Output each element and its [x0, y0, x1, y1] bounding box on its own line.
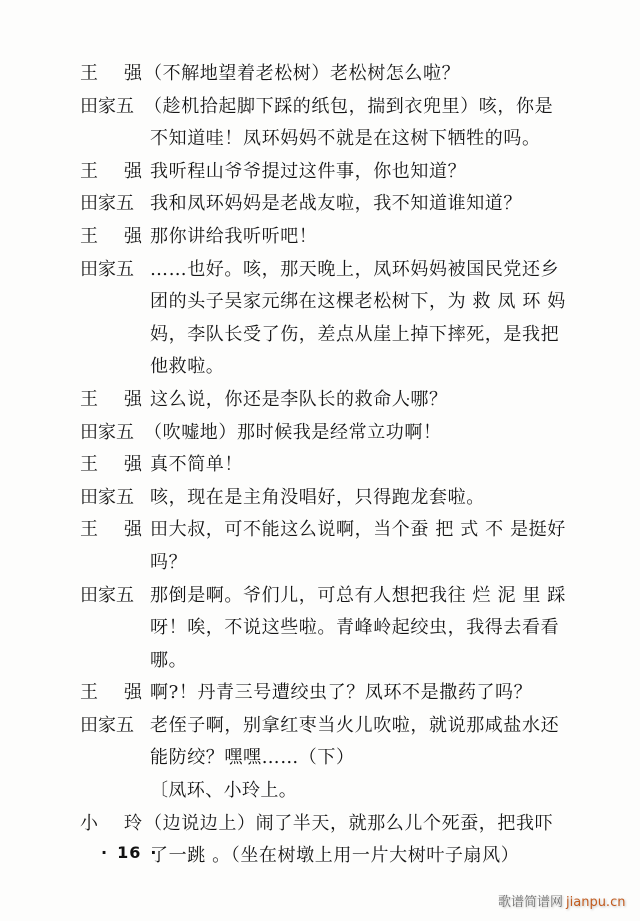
- page-number-value: 16: [117, 843, 141, 862]
- dialogue-text: （趁机拾起脚下踩的纸包，揣到衣兜里）咳，你是: [144, 91, 553, 124]
- speaker-char: 王: [80, 514, 98, 547]
- script-line: 能防绞？嘿嘿……（下）: [80, 742, 600, 775]
- speaker-char: 强: [124, 384, 142, 417]
- dialogue-text: （不解地望着老松树）老松树怎么啦？: [144, 58, 460, 91]
- speaker-char: 强: [124, 58, 142, 91]
- speaker-name: 田家五: [80, 254, 144, 287]
- dialogue-text: 咳，现在是主角没唱好，只得跑龙套啦。: [150, 482, 485, 515]
- dialogue-text: 那倒是啊。爷们儿，可总有人想把我往 烂 泥 里 踩: [150, 580, 566, 613]
- dialogue-text: 我听程山爷爷提过这件事，你也知道？: [150, 156, 466, 189]
- speaker-name: 田家五: [80, 580, 144, 613]
- script-line: 田家五那倒是啊。爷们儿，可总有人想把我往 烂 泥 里 踩: [80, 580, 600, 613]
- speaker-char: 小: [80, 808, 98, 841]
- dialogue-text: 能防绞？嘿嘿……（下）: [150, 742, 355, 775]
- script-line: 王强啊?！丹青三号遭绞虫了？凤环不是撒药了吗？: [80, 677, 600, 710]
- dialogue-text: 我和凤环妈妈是老战友啦，我不知道谁知道？: [150, 188, 522, 221]
- dialogue-text: 真不简单！: [150, 449, 243, 482]
- page-number: ·16·: [92, 843, 166, 862]
- script-line: 哪。: [80, 645, 600, 678]
- script-line: 田家五老侄子啊，别拿红枣当火儿吹啦，就说那咸盐水还: [80, 710, 600, 743]
- speaker-char: 王: [80, 221, 98, 254]
- scan-artifact-dot: [407, 398, 409, 400]
- script-line: 田家五（吹嘘地）那时候我是经常立功啊！: [80, 417, 600, 450]
- dialogue-text: 哪。: [150, 645, 187, 678]
- dialogue-text: 妈，李队长受了伤，差点从崖上掉下摔死，是我把: [150, 319, 559, 352]
- script-line: 不知道哇！凤环妈妈不就是在这树下牺牲的吗。: [80, 123, 600, 156]
- speaker-name: 田家五: [80, 91, 144, 124]
- script-line: 吗？: [80, 547, 600, 580]
- stage-direction: 〔凤环、小玲上。: [150, 775, 297, 808]
- speaker-char: 强: [124, 677, 142, 710]
- dialogue-text: 吗？: [150, 547, 187, 580]
- script-line: 王强真不简单！: [80, 449, 600, 482]
- script-line: 小玲（边说边上）闹了半天，就那么儿个死蚕，把我吓: [80, 808, 600, 841]
- dialogue-text: 啊?！丹青三号遭绞虫了？凤环不是撒药了吗？: [150, 677, 532, 710]
- speaker-char: 强: [124, 449, 142, 482]
- speaker-char: 王: [80, 156, 98, 189]
- speaker-char: 玲: [124, 808, 142, 841]
- speaker-name: 田家五: [80, 482, 144, 515]
- page-number-right-dot: ·: [150, 843, 157, 862]
- speaker-name: 田家五: [80, 188, 144, 221]
- script-line: 他救啦。: [80, 351, 600, 384]
- dialogue-text: 田大叔，可不能这么说啊，当个蚕 把 式 不 是挺好: [150, 514, 566, 547]
- script-line: 妈，李队长受了伤，差点从崖上掉下摔死，是我把: [80, 319, 600, 352]
- dialogue-text: （边说边上）闹了半天，就那么儿个死蚕，把我吓: [144, 808, 553, 841]
- watermark-domain: jianpu.cn: [566, 895, 625, 910]
- speaker-char: 王: [80, 58, 98, 91]
- script-line: 田家五……也好。咳，那天晚上，凤环妈妈被国民党还乡: [80, 254, 600, 287]
- dialogue-text: （吹嘘地）那时候我是经常立功啊！: [144, 417, 442, 450]
- speaker-name: 田家五: [80, 710, 144, 743]
- script-page: 王强（不解地望着老松树）老松树怎么啦？田家五（趁机拾起脚下踩的纸包，揣到衣兜里）…: [0, 0, 640, 921]
- script-line: 王强我听程山爷爷提过这件事，你也知道？: [80, 156, 600, 189]
- dialogue-text: 团的头子吴家元绑在这棵老松树下，为 救 凤 环 妈: [150, 286, 566, 319]
- speaker-char: 王: [80, 449, 98, 482]
- script-line: 团的头子吴家元绑在这棵老松树下，为 救 凤 环 妈: [80, 286, 600, 319]
- dialogue-text: 了一跳 。（坐在树墩上用一片大树叶子扇风）: [150, 840, 519, 873]
- watermark-site-name: 歌谱简谱网: [498, 895, 563, 910]
- watermark: 歌谱简谱网jianpu.cn: [498, 891, 625, 910]
- dialogue-text: 不知道哇！凤环妈妈不就是在这树下牺牲的吗。: [150, 123, 541, 156]
- script-line: 〔凤环、小玲上。: [80, 775, 600, 808]
- dialogue-text: 呀！唉，不说这些啦。青峰岭起绞虫，我得去看看: [150, 612, 559, 645]
- dialogue-text: 老侄子啊，别拿红枣当火儿吹啦，就说那咸盐水还: [150, 710, 559, 743]
- dialogue-text: 这么说，你还是李队长的救命人哪？: [150, 384, 448, 417]
- script-body: 王强（不解地望着老松树）老松树怎么啦？田家五（趁机拾起脚下踩的纸包，揣到衣兜里）…: [80, 58, 600, 873]
- script-line: 田家五（趁机拾起脚下踩的纸包，揣到衣兜里）咳，你是: [80, 91, 600, 124]
- speaker-char: 王: [80, 384, 98, 417]
- speaker-char: 强: [124, 156, 142, 189]
- speaker-name: 田家五: [80, 417, 144, 450]
- script-line: 田家五我和凤环妈妈是老战友啦，我不知道谁知道？: [80, 188, 600, 221]
- page-number-left-dot: ·: [101, 843, 108, 862]
- speaker-char: 王: [80, 677, 98, 710]
- dialogue-text: 那你讲给我听听吧！: [150, 221, 317, 254]
- speaker-char: 强: [124, 514, 142, 547]
- speaker-char: 强: [124, 221, 142, 254]
- script-line: 王强那你讲给我听听吧！: [80, 221, 600, 254]
- script-line: 田家五咳，现在是主角没唱好，只得跑龙套啦。: [80, 482, 600, 515]
- script-line: 王强（不解地望着老松树）老松树怎么啦？: [80, 58, 600, 91]
- script-line: 王强这么说，你还是李队长的救命人哪？: [80, 384, 600, 417]
- dialogue-text: ……也好。咳，那天晚上，凤环妈妈被国民党还乡: [150, 254, 559, 287]
- dialogue-text: 他救啦。: [150, 351, 224, 384]
- script-line: 呀！唉，不说这些啦。青峰岭起绞虫，我得去看看: [80, 612, 600, 645]
- script-line: 王强田大叔，可不能这么说啊，当个蚕 把 式 不 是挺好: [80, 514, 600, 547]
